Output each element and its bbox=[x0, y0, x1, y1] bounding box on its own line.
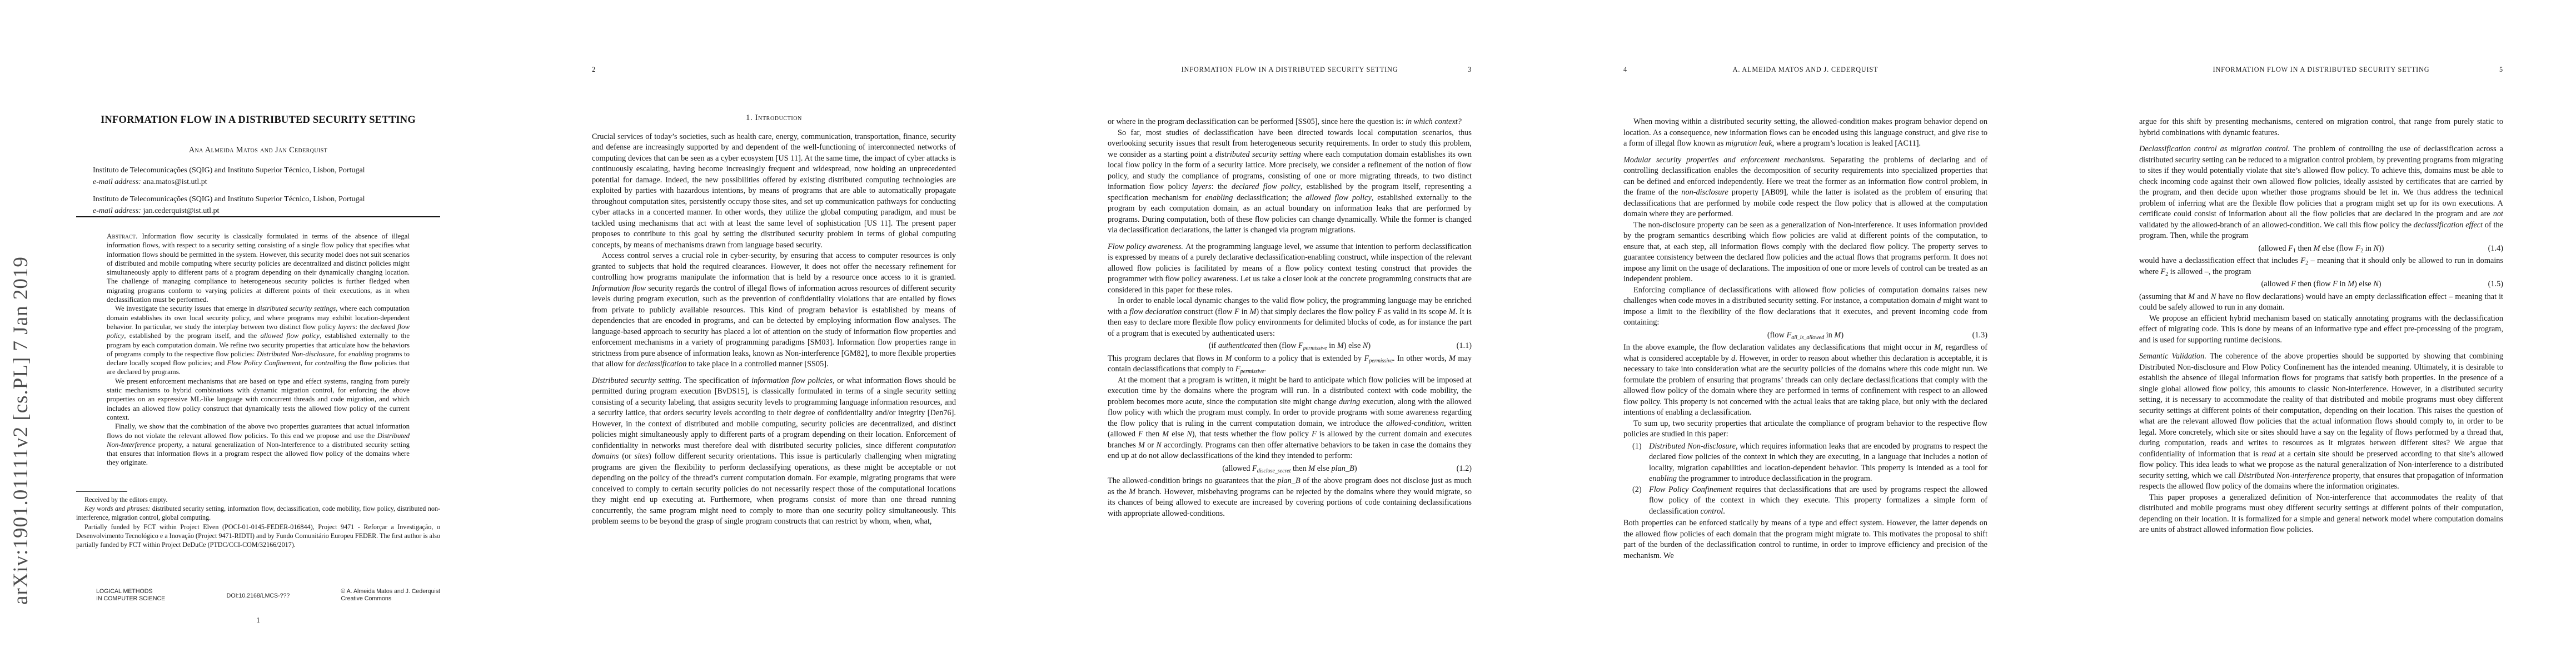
numbered-list: (1)Distributed Non-disclosure, which req… bbox=[1623, 441, 1987, 517]
text-run: F bbox=[1298, 341, 1303, 350]
creative-commons-line: Creative Commons bbox=[341, 595, 440, 603]
text-run: F bbox=[2333, 280, 2338, 288]
subscript: permissive bbox=[1303, 345, 1327, 351]
text-run: N bbox=[2211, 292, 2216, 301]
list-item-label: (2) bbox=[1632, 485, 1642, 496]
text-run: M bbox=[1449, 307, 1456, 316]
text-run: M bbox=[1249, 307, 1256, 316]
text-run: security regards the control of illegal … bbox=[592, 284, 956, 369]
text-run: migration leak bbox=[1726, 139, 1772, 148]
text-run: The allowed-condition brings no guarante… bbox=[1108, 476, 1277, 485]
text-run: N bbox=[1363, 341, 1368, 350]
text-run: accordingly. Programs can then offer alt… bbox=[1108, 441, 1472, 461]
email-label: e-mail address: bbox=[93, 178, 141, 186]
text-run: during bbox=[1339, 397, 1360, 406]
equation: (allowed Fdisclose_secret then M else pl… bbox=[1108, 464, 1472, 475]
text-run: Flow Policy Confinement bbox=[1649, 485, 1732, 494]
text-run: F bbox=[1312, 430, 1317, 439]
text-run: F bbox=[2355, 244, 2360, 253]
text-run: M bbox=[2188, 292, 2195, 301]
affiliation-institute: Instituto de Telecomunicações (SQIG) and… bbox=[93, 193, 440, 205]
text-run: construct (flow bbox=[1182, 307, 1235, 316]
text-run: (assuming that bbox=[2139, 292, 2188, 301]
text-run: , established by the program itself, and… bbox=[124, 332, 260, 340]
text-run: in bbox=[2338, 280, 2348, 288]
text-run: F bbox=[1377, 307, 1382, 316]
running-head: 2 bbox=[592, 66, 956, 74]
paragraph: Semantic Validation. The coherence of th… bbox=[2139, 351, 2503, 492]
text-run: d bbox=[1937, 296, 1941, 305]
text-run: Key words and phrases: bbox=[84, 505, 150, 512]
text-run: allowed flow policy bbox=[1306, 193, 1372, 202]
equation-number: (1.3) bbox=[1972, 330, 1987, 341]
text-run: else (flow bbox=[2320, 244, 2356, 253]
page-number: 4 bbox=[1623, 66, 1627, 74]
text-run: . bbox=[1723, 507, 1725, 516]
text-run: In the above example, the flow declarati… bbox=[1623, 343, 1934, 352]
page-1: INFORMATION FLOW IN A DISTRIBUTED SECURI… bbox=[76, 0, 440, 667]
text-run: ) else bbox=[2354, 280, 2373, 288]
abstract-label: Abstract. bbox=[107, 232, 142, 240]
text-run: (allowed bbox=[2261, 280, 2291, 288]
text-run: Distributed Non-disclosure bbox=[257, 350, 335, 358]
text-run: M bbox=[1129, 487, 1135, 496]
equation-number: (1.4) bbox=[2488, 243, 2503, 255]
text-run: as valid in its scope bbox=[1382, 307, 1449, 316]
footnote-rule bbox=[76, 491, 127, 492]
equation-body: (if authenticated then (flow Fpermissive… bbox=[1209, 341, 1371, 350]
text-run: Access control serves a crucial role in … bbox=[592, 251, 956, 282]
paragraph-lead: Distributed security setting. bbox=[592, 376, 684, 385]
text-run: conform to a policy that is extended by bbox=[1232, 354, 1364, 363]
paragraph: Access control serves a crucial role in … bbox=[592, 251, 956, 370]
paragraph: Partially funded by FCT within Project E… bbox=[76, 522, 440, 550]
text-run: in bbox=[1327, 341, 1337, 350]
paragraph: Received by the editors empty. bbox=[76, 495, 440, 504]
text-run: enabling bbox=[1205, 193, 1233, 202]
page-number: 2 bbox=[592, 66, 596, 74]
text-run: (flow bbox=[1767, 331, 1787, 340]
text-run: M bbox=[1162, 430, 1169, 439]
text-run: the programmer to introduce declassifica… bbox=[1677, 474, 1872, 483]
paper-title: INFORMATION FLOW IN A DISTRIBUTED SECURI… bbox=[76, 115, 440, 126]
paragraph: When moving within a distributed securit… bbox=[1623, 117, 1987, 150]
paragraph: Abstract. Information flow security is c… bbox=[107, 232, 410, 304]
text-run: then bbox=[2296, 244, 2314, 253]
arxiv-stamp: arXiv:1901.01111v2 [cs.PL] 7 Jan 2019 bbox=[9, 256, 33, 605]
equation-body: (flow Fall_is_allowed in M) bbox=[1767, 331, 1843, 340]
equation: (flow Fall_is_allowed in M)(1.3) bbox=[1623, 330, 1987, 341]
affiliation-institute: Instituto de Telecomunicações (SQIG) and… bbox=[93, 165, 440, 176]
page-body: argue for this shift by presenting mecha… bbox=[2139, 117, 2503, 536]
section-heading: 1. Introduction bbox=[592, 113, 956, 124]
text-run: (if bbox=[1209, 341, 1218, 350]
text-run: branch. However, misbehaving programs ca… bbox=[1108, 487, 1472, 518]
paragraph: Enforcing compliance of declassification… bbox=[1623, 285, 1987, 328]
text-run: We propose an efficient hybrid mechanism… bbox=[2139, 314, 2503, 345]
equation-number: (1.1) bbox=[1457, 341, 1472, 352]
text-run: ) bbox=[1841, 331, 1843, 340]
paragraph: Modular security properties and enforcem… bbox=[1623, 155, 1987, 220]
equation: (allowed F then (flow F in M) else N)(1.… bbox=[2139, 279, 2503, 290]
text-run: in bbox=[1824, 331, 1834, 340]
paper-authors: Ana Almeida Matos and Jan Cederquist bbox=[76, 146, 440, 155]
equation-body: (allowed F then (flow F in M) else N) bbox=[2261, 280, 2381, 288]
paragraph-lead: Semantic Validation. bbox=[2139, 352, 2210, 361]
text-run: declared flow policy bbox=[1232, 182, 1301, 191]
text-run: then (flow bbox=[1262, 341, 1298, 350]
text-run: M bbox=[1834, 331, 1841, 340]
paragraph: We investigate the security issues that … bbox=[107, 304, 410, 376]
text-run: ) else bbox=[1344, 341, 1363, 350]
text-run: F bbox=[2300, 256, 2305, 265]
text-run: N bbox=[1187, 430, 1192, 439]
subscript: permissive bbox=[1369, 358, 1393, 364]
running-head-authors: A. ALMEIDA MATOS AND J. CEDERQUIST bbox=[1623, 66, 1987, 74]
text-run: Enforcing compliance of declassification… bbox=[1623, 286, 1987, 306]
text-run: To sum up, two security properties that … bbox=[1623, 419, 1987, 439]
paragraph: (assuming that M and N have no flow decl… bbox=[2139, 292, 2503, 313]
page-3: INFORMATION FLOW IN A DISTRIBUTED SECURI… bbox=[1108, 0, 1472, 667]
text-run: F bbox=[1786, 331, 1791, 340]
text-run: declassification bbox=[637, 360, 687, 369]
running-head-title: INFORMATION FLOW IN A DISTRIBUTED SECURI… bbox=[1108, 66, 1472, 74]
text-run: enabling bbox=[1649, 474, 1677, 483]
text-run: Distributed Non-interference bbox=[2238, 471, 2330, 480]
text-run: (allowed bbox=[1222, 464, 1252, 473]
running-head-title: INFORMATION FLOW IN A DISTRIBUTED SECURI… bbox=[2139, 66, 2503, 74]
text-run: read bbox=[2261, 450, 2276, 459]
text-run: in bbox=[1239, 307, 1250, 316]
paragraph: So far, most studies of declassification… bbox=[1108, 128, 1472, 236]
text-run: is allowed –, the program bbox=[2168, 267, 2251, 276]
text-run: Information flow security is classically… bbox=[107, 232, 410, 303]
equation: (if authenticated then (flow Fpermissive… bbox=[1108, 341, 1472, 352]
text-run: , for bbox=[301, 359, 315, 367]
page-number: 1 bbox=[76, 616, 440, 625]
affiliation-1: Instituto de Telecomunicações (SQIG) and… bbox=[93, 165, 440, 188]
text-run: allowed flow policy bbox=[261, 332, 320, 340]
page-body: 1. IntroductionCrucial services of today… bbox=[592, 113, 956, 527]
paragraph: This program declares that flows in M co… bbox=[1108, 354, 1472, 375]
text-run: control bbox=[1701, 507, 1723, 516]
text-run: ) follow different security orientations… bbox=[592, 452, 956, 526]
paragraph: In order to enable local dynamic changes… bbox=[1108, 296, 1472, 339]
text-run: Finally, we show that the combination of… bbox=[107, 422, 410, 439]
text-run: declassification effect bbox=[2414, 221, 2483, 230]
text-run: would have a declassification effect tha… bbox=[2139, 256, 2300, 265]
text-run: M bbox=[1934, 343, 1941, 352]
text-run: not bbox=[2493, 210, 2503, 218]
text-run: : the bbox=[356, 323, 371, 331]
footnotes: Received by the editors empty.Key words … bbox=[76, 495, 440, 549]
paragraph: This paper proposes a generalized defini… bbox=[2139, 492, 2503, 536]
text-run: allowed-condition bbox=[1386, 419, 1444, 428]
text-run: Received by the editors empty. bbox=[84, 496, 167, 504]
paragraph: Distributed security setting. The specif… bbox=[592, 376, 956, 527]
subscript: all_is_allowed bbox=[1791, 335, 1824, 341]
journal-footer: LOGICAL METHODS IN COMPUTER SCIENCE DOI:… bbox=[76, 587, 440, 604]
paragraph: Finally, we show that the combination of… bbox=[107, 422, 410, 467]
text-run: F bbox=[2291, 280, 2296, 288]
page-2: 2 1. IntroductionCrucial services of tod… bbox=[592, 0, 956, 667]
paragraph: Declassification control as migration co… bbox=[2139, 144, 2503, 242]
text-run: N bbox=[1156, 441, 1162, 450]
text-run: ), that tests whether the flow policy bbox=[1192, 430, 1312, 439]
paragraph: We present enforcement mechanisms that a… bbox=[107, 377, 410, 422]
text-run: controlling bbox=[315, 359, 346, 367]
paragraph: Key words and phrases: distributed secur… bbox=[76, 504, 440, 522]
text-run: layers bbox=[1192, 182, 1212, 191]
paragraph: Crucial services of today’s societies, s… bbox=[592, 132, 956, 251]
text-run: This paper proposes a generalized defini… bbox=[2139, 493, 2503, 535]
paragraph: Flow policy awareness. At the programmin… bbox=[1108, 242, 1472, 296]
text-run: , where a program’s location is leaked [… bbox=[1772, 139, 1921, 148]
paragraph: would have a declassification effect tha… bbox=[2139, 256, 2503, 277]
running-head: INFORMATION FLOW IN A DISTRIBUTED SECURI… bbox=[2139, 66, 2503, 74]
abstract: Abstract. Information flow security is c… bbox=[107, 226, 410, 467]
text-run: (or bbox=[619, 452, 634, 461]
affiliation-email-line: e-mail address: jan.cederquist@ist.utl.p… bbox=[93, 205, 440, 217]
running-head: INFORMATION FLOW IN A DISTRIBUTED SECURI… bbox=[1108, 66, 1472, 74]
text-run: The specification of bbox=[684, 376, 751, 385]
text-run: plan_B bbox=[1277, 476, 1300, 485]
text-run: distributed security setting bbox=[1215, 150, 1301, 159]
text-run: in bbox=[2363, 244, 2373, 253]
text-run: authenticated bbox=[1218, 341, 1262, 350]
text-run: F bbox=[1234, 307, 1239, 316]
text-run: flow declaration bbox=[1129, 307, 1182, 316]
text-run: information flow policies bbox=[751, 376, 833, 385]
text-run: validated by the allowed-branch of an al… bbox=[2139, 221, 2414, 230]
text-run: M bbox=[2314, 244, 2320, 253]
text-run: : the bbox=[1212, 182, 1232, 191]
text-run: M bbox=[1449, 354, 1456, 363]
text-run: to take place in a controlled manner [SS… bbox=[686, 360, 828, 369]
text-run: )) bbox=[2379, 244, 2384, 253]
text-run: ) that simply declares the flow policy bbox=[1256, 307, 1377, 316]
subscript: disclose_secret bbox=[1257, 468, 1291, 474]
text-run: then bbox=[1143, 430, 1163, 439]
text-run: The coherence of the above properties sh… bbox=[2139, 352, 2503, 459]
list-item: (1)Distributed Non-disclosure, which req… bbox=[1623, 441, 1987, 485]
email-label: e-mail address: bbox=[93, 207, 141, 215]
text-run: non-disclosure bbox=[1681, 188, 1728, 197]
text-run: layers bbox=[338, 323, 355, 331]
text-run: (allowed bbox=[2258, 244, 2288, 253]
text-run: ) bbox=[1354, 464, 1357, 473]
text-run: , for bbox=[335, 350, 348, 358]
text-run: , or what information flows should be pe… bbox=[592, 376, 956, 450]
text-run: F bbox=[2288, 244, 2293, 253]
text-run: declassification; the bbox=[1233, 193, 1306, 202]
equation-body: (allowed Fdisclose_secret then M else pl… bbox=[1222, 464, 1357, 473]
text-run: The non-disclosure property can be seen … bbox=[1623, 221, 1987, 284]
text-run: or where in the program declassification… bbox=[1108, 117, 1406, 126]
paragraph: Both properties can be enforced statical… bbox=[1623, 518, 1987, 561]
text-run: distributed security settings bbox=[257, 305, 336, 312]
text-run: Distributed Non-disclosure bbox=[1649, 442, 1736, 451]
paragraph: In the above example, the flow declarati… bbox=[1623, 342, 1987, 419]
equation-body: (allowed F1 then M else (flow F2 in N)) bbox=[2258, 244, 2384, 253]
list-item-label: (1) bbox=[1632, 441, 1642, 452]
title-rule bbox=[76, 216, 440, 217]
text-run: then (flow bbox=[2296, 280, 2333, 288]
paragraph: The allowed-condition brings no guarante… bbox=[1108, 476, 1472, 519]
page-body: When moving within a distributed securit… bbox=[1623, 117, 1987, 561]
page-body: or where in the program declassification… bbox=[1108, 117, 1472, 519]
page-4: 4 A. ALMEIDA MATOS AND J. CEDERQUIST Whe… bbox=[1623, 0, 1987, 667]
text-run: This program declares that flows in bbox=[1108, 354, 1225, 363]
text-run: The problem of controlling the use of de… bbox=[2139, 145, 2503, 218]
email-address: ana.matos@ist.utl.pt bbox=[143, 178, 207, 186]
text-run: Both properties can be enforced statical… bbox=[1623, 519, 1987, 560]
paragraph: The non-disclosure property can be seen … bbox=[1623, 220, 1987, 285]
affiliation-2: Instituto de Telecomunicações (SQIG) and… bbox=[93, 193, 440, 217]
text-run: sites bbox=[635, 452, 649, 461]
text-run: Partially funded by FCT within Project E… bbox=[76, 523, 440, 549]
text-run: M bbox=[1337, 341, 1344, 350]
text-run: F bbox=[1235, 365, 1240, 374]
text-run: and bbox=[2195, 292, 2211, 301]
text-run: F bbox=[1252, 464, 1257, 473]
text-run: . In other words, bbox=[1393, 354, 1449, 363]
text-run: N bbox=[2373, 244, 2379, 253]
text-run: plan_B bbox=[1332, 464, 1354, 473]
subscript: permissive bbox=[1240, 369, 1264, 375]
paragraph-lead: Modular security properties and enforcem… bbox=[1623, 156, 1830, 165]
equation-number: (1.5) bbox=[2488, 279, 2503, 290]
text-run: M bbox=[2348, 280, 2354, 288]
text-run: F bbox=[2161, 267, 2166, 276]
text-run: ) bbox=[2379, 280, 2381, 288]
text-run: then bbox=[1291, 464, 1308, 473]
page-5: INFORMATION FLOW IN A DISTRIBUTED SECURI… bbox=[2139, 0, 2503, 667]
page-number: 5 bbox=[2499, 66, 2503, 74]
equation-number: (1.2) bbox=[1457, 464, 1472, 475]
paragraph: To sum up, two security properties that … bbox=[1623, 419, 1987, 440]
text-run: . bbox=[1264, 365, 1266, 374]
page-number: 3 bbox=[1468, 66, 1472, 74]
text-run: in which context? bbox=[1406, 117, 1462, 126]
equation: (allowed F1 then M else (flow F2 in N))(… bbox=[2139, 243, 2503, 255]
paragraph: argue for this shift by presenting mecha… bbox=[2139, 117, 2503, 138]
text-run: else bbox=[1315, 464, 1331, 473]
text-run: ) bbox=[1368, 341, 1371, 350]
affiliation-email-line: e-mail address: ana.matos@ist.utl.pt bbox=[93, 176, 440, 188]
list-item: (2)Flow Policy Confinement requires that… bbox=[1623, 485, 1987, 517]
paragraph-lead: Flow policy awareness. bbox=[1108, 242, 1185, 251]
text-run: or bbox=[1145, 441, 1156, 450]
text-run: M bbox=[1308, 464, 1315, 473]
text-run: Information flow bbox=[592, 284, 646, 293]
text-run: M bbox=[1225, 354, 1232, 363]
text-run: We present enforcement mechanisms that a… bbox=[107, 377, 410, 421]
paper-screenshot: { "arxiv": { "stamp": "arXiv:1901.01111v… bbox=[0, 0, 2576, 667]
text-run: F bbox=[1364, 354, 1369, 363]
text-run: M bbox=[1138, 441, 1145, 450]
text-run: We investigate the security issues that … bbox=[115, 305, 257, 312]
email-address: jan.cederquist@ist.utl.pt bbox=[143, 207, 219, 215]
paragraph: At the moment that a program is written,… bbox=[1108, 375, 1472, 462]
text-run: enabling bbox=[348, 350, 373, 358]
paragraph: or where in the program declassification… bbox=[1108, 117, 1472, 128]
text-run: argue for this shift by presenting mecha… bbox=[2139, 117, 2503, 137]
license-text: © A. Almeida Matos and J. Cederquist Cre… bbox=[341, 588, 440, 602]
paragraph: We propose an efficient hybrid mechanism… bbox=[2139, 313, 2503, 346]
text-run: else bbox=[1169, 430, 1187, 439]
text-run: . However, in order to reason about whet… bbox=[1623, 354, 1987, 417]
text-run: Crucial services of today’s societies, s… bbox=[592, 132, 956, 250]
text-run: Flow Policy Confinement bbox=[227, 359, 300, 367]
text-run: F bbox=[1138, 430, 1143, 439]
text-run: N bbox=[2373, 280, 2379, 288]
paragraph-lead: Declassification control as migration co… bbox=[2139, 145, 2293, 153]
running-head: 4 A. ALMEIDA MATOS AND J. CEDERQUIST bbox=[1623, 66, 1987, 74]
copyright-line: © A. Almeida Matos and J. Cederquist bbox=[341, 588, 440, 595]
